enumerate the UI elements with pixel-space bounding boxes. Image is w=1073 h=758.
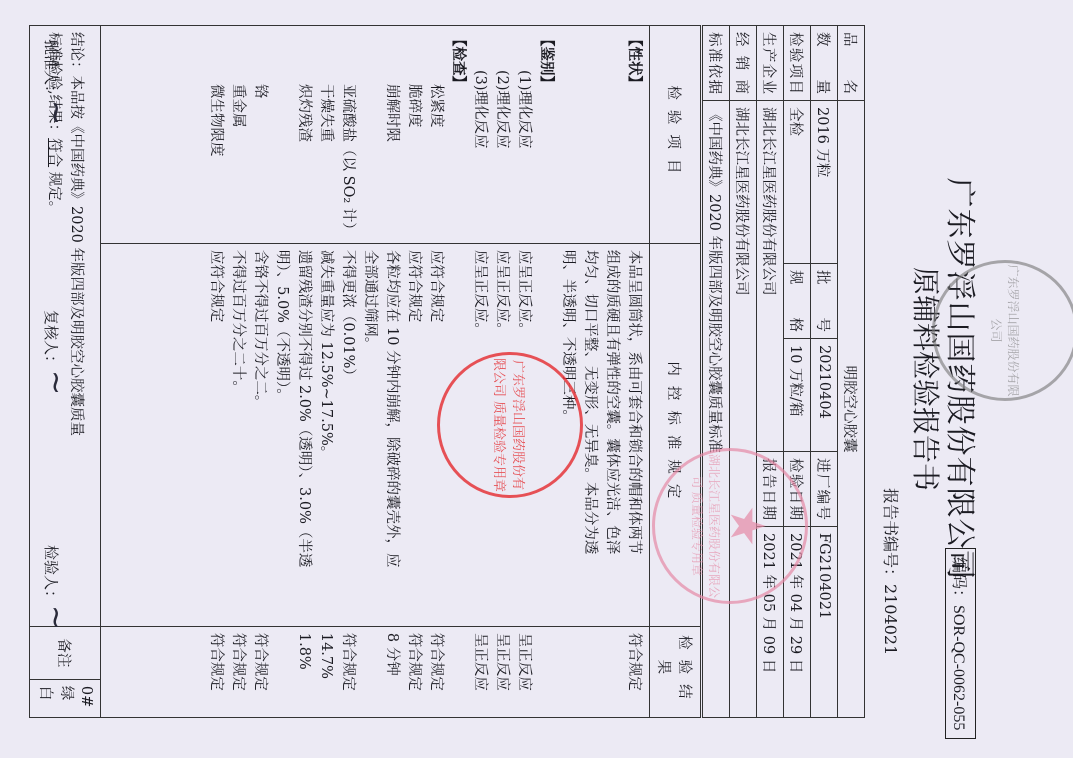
spec-label: 规格: [784, 264, 811, 339]
inspection-item-name: 松紧度: [425, 32, 447, 237]
result-value: 呈正反应: [469, 633, 491, 711]
standard-text: 遗留残渣分别不得过 2.0%（透明）、3.0%（半透: [293, 250, 315, 620]
reviewer-label: 复核人：: [42, 310, 60, 370]
inspection-item-name: (3)理化反应: [469, 32, 491, 237]
report-number: 报告书编号：2104021: [880, 488, 903, 655]
standard-label: 标准依据: [703, 26, 730, 101]
result-value: 呈正反应: [513, 633, 535, 711]
product-info-table: 品名 明胶空心胶囊 数量 2016 万粒 批号 20210404 进厂编号 FG…: [702, 25, 865, 718]
red-seal-text: 广东罗浮山国药股份有限公司 质量检验专用章: [491, 355, 529, 495]
standard-text: 本品呈圆筒状，系由可套合和锁合的帽和体两节: [623, 250, 645, 620]
standard-text: 不得更浓（0.01%）: [337, 250, 359, 620]
spacer: [557, 633, 579, 711]
spacer: [271, 32, 293, 237]
remark-cell: 备注 0#绿白: [30, 626, 101, 717]
result-value: 符合规定: [425, 633, 447, 711]
code-value: SOR-QC-0062-055: [950, 605, 967, 730]
standard-text: 减失重量应为 12.5%~17.5%。: [315, 250, 337, 620]
batch: 20210404: [811, 339, 838, 452]
distributor-label: 经销商: [730, 26, 757, 101]
manufacturer-label: 生产企业: [757, 26, 784, 101]
product-name: 明胶空心胶囊: [838, 101, 865, 718]
inspector-signature: ~: [38, 605, 73, 630]
standard-text: 不得过百万分之二十。: [227, 250, 249, 620]
inspection-item-name: 重金属: [227, 32, 249, 237]
quality-inspection-seal: 广东罗浮山国药股份有限公司 质量检验专用章: [437, 352, 583, 498]
conclusion-suffix: 规定。: [46, 167, 62, 215]
spacer: [359, 633, 381, 711]
spacer: [359, 32, 381, 237]
entry-no-label: 进厂编号: [811, 452, 838, 527]
inspection-item-name: 炽灼残渣: [293, 32, 315, 237]
entry-no: FG2104021: [811, 527, 838, 718]
section-title: 【鉴别】: [535, 32, 557, 237]
approver-signature: ~: [38, 100, 73, 125]
standard-text: 含铬不得过百万分之二。: [249, 250, 271, 620]
manufacturer: 湖北长江星医药股份有限公司: [757, 101, 784, 452]
result-value: 呈正反应: [491, 633, 513, 711]
quantity: 2016 万粒: [811, 101, 838, 264]
result-value: 8 分钟: [381, 633, 403, 711]
product-name-label: 品名: [838, 26, 865, 101]
inspection-item-name: 崩解时限: [381, 32, 403, 237]
reviewer-signature: ~: [38, 370, 73, 395]
standard-text: 应符合规定: [205, 250, 227, 620]
standard-text: 应符合规定: [403, 250, 425, 620]
standard-text: 组成的质硬且有弹性的空囊。囊体应光洁、色泽: [601, 250, 623, 620]
inspection-item-name: 亚硫酸盐（以 SO₂ 计）: [337, 32, 359, 237]
result-column: 符合规定 呈正反应呈正反应呈正反应 符合规定符合规定8 分钟 符合规定14.7%…: [101, 626, 650, 717]
spacer: [579, 32, 601, 237]
conclusion-value: 符合: [46, 138, 62, 167]
approver: 批准人：~: [38, 40, 73, 125]
spacer: [447, 633, 469, 711]
result-value: 14.7%: [315, 633, 337, 711]
inspection-item-label: 检验项目: [784, 26, 811, 101]
report-page: 广东罗浮山国药股份有限公司 原辅料检验报告书 编码：SOR-QC-0062-05…: [0, 0, 1073, 758]
header-item: 检验项目: [650, 26, 701, 244]
spacer: [601, 633, 623, 711]
spacer: [535, 633, 557, 711]
code-label: 编码：: [950, 557, 969, 605]
remark-value: 0#绿白: [30, 679, 100, 717]
result-value: 符合规定: [227, 633, 249, 711]
quantity-label: 数量: [811, 26, 838, 101]
batch-label: 批号: [811, 264, 838, 339]
distributor: 湖北长江星医药股份有限公司: [730, 101, 757, 718]
item-column: 【性状】 【鉴别】(1)理化反应(2)理化反应(3)理化反应【检查】松紧度脆碎度…: [101, 26, 650, 244]
pink-seal-text: 湖北长江星医药股份有限公司 质量检验专用章: [689, 451, 723, 601]
spacer: [579, 633, 601, 711]
result-value: 符合规定: [205, 633, 227, 711]
inspection-item-name: 脆碎度: [403, 32, 425, 237]
supplier-seal: ★湖北长江星医药股份有限公司 质量检验专用章: [652, 448, 808, 604]
standard-basis: 《中国药典》2020 年版四部及明胶空心胶囊质量标准: [703, 101, 730, 718]
standard-text: 全部通过筛网。: [359, 250, 381, 620]
spec: 10 万粒/箱: [784, 339, 811, 452]
spacer: [601, 32, 623, 237]
remark-label: 备注: [30, 627, 100, 680]
standard-text: 明）、5.0%（不透明）。: [271, 250, 293, 620]
report-number-label: 报告书编号：: [881, 488, 900, 584]
inspection-item-name: (1)理化反应: [513, 32, 535, 237]
section-title: 【检查】: [447, 32, 469, 237]
inspection-item-name: 微生物限度: [205, 32, 227, 237]
spacer: [271, 633, 293, 711]
inspector: 检验人：~: [38, 545, 73, 630]
spacer: [557, 32, 579, 237]
inspection-item-name: (2)理化反应: [491, 32, 513, 237]
reviewer: 复核人：~: [38, 310, 73, 395]
star-icon: ★: [723, 451, 771, 601]
result-value: 符合规定: [249, 633, 271, 711]
result-value: 符合规定: [403, 633, 425, 711]
document-code-box: 编码：SOR-QC-0062-055: [945, 548, 976, 739]
inspector-label: 检验人：: [42, 545, 60, 605]
standard-text: 各粒均应在 10 分钟内崩解，除破碎的囊壳外，应: [381, 250, 403, 620]
result-value: 符合规定: [623, 633, 645, 711]
report-number-value: 2104021: [881, 584, 900, 655]
inspection-item: 全检: [784, 101, 811, 264]
result-value: 符合规定: [337, 633, 359, 711]
inspection-table: 检验项目 内控标准规定 检验结果 【性状】 【鉴别】(1)理化反应(2)理化反应…: [29, 25, 701, 718]
section-title: 【性状】: [623, 32, 645, 237]
inspection-item-name: 铬: [249, 32, 271, 237]
result-value: 1.8%: [293, 633, 315, 711]
gray-seal-text: 广东罗浮山国药股份有限公司: [988, 263, 1022, 398]
report-title: 原辅料检验报告书: [907, 0, 947, 758]
approver-label: 批准人：: [42, 40, 60, 100]
inspection-item-name: 干燥失重: [315, 32, 337, 237]
header-result: 检验结果: [650, 626, 701, 717]
company-seal-gray: 广东罗浮山国药股份有限公司: [932, 260, 1073, 401]
